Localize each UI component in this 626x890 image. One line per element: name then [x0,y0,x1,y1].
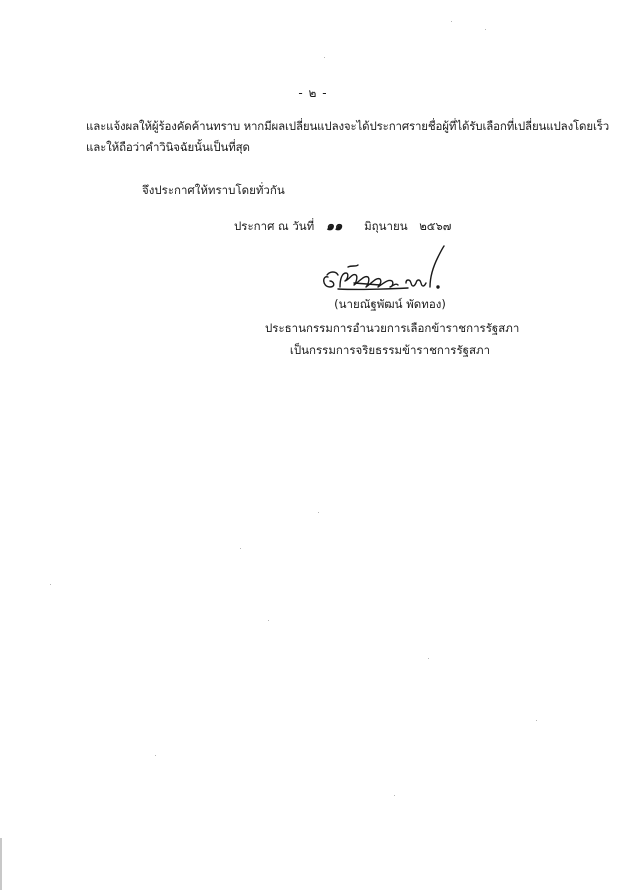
announcement-text: จึงประกาศให้ทราบโดยทั่วกัน [142,182,285,200]
scan-speck [240,548,241,549]
signer-name: (นายณัฐพัฒน์ พัดทอง) [300,296,480,314]
announcement-date: ประกาศ ณ วันที่ ๑๑ มิถุนายน ๒๕๖๗ [234,215,451,236]
scan-speck [536,720,537,721]
scan-speck [50,584,51,585]
scan-speck [324,57,325,58]
scan-speck [485,29,486,30]
date-year: ๒๕๖๗ [419,218,451,236]
scan-speck [318,512,319,513]
date-prefix: ประกาศ ณ วันที่ [234,218,314,236]
paragraph-line-2: และให้ถือว่าคำวินิจฉัยนั้นเป็นที่สุด [86,139,250,157]
paragraph-line-1: และแจ้งผลให้ผู้ร้องคัดค้านทราบ หากมีผลเป… [86,118,606,136]
handwritten-signature-icon [318,243,448,293]
document-page: - ๒ - และแจ้งผลให้ผู้ร้องคัดค้านทราบ หาก… [0,0,626,890]
scan-speck [428,658,429,659]
scan-speck [155,755,156,756]
date-month: มิถุนายน [364,218,407,236]
scan-edge-mark [0,838,2,890]
page-number: - ๒ - [0,84,626,103]
scan-speck [268,620,269,621]
scan-speck [451,21,452,22]
scan-speck [394,795,395,796]
signer-title-line-2: เป็นกรรมการจริยธรรมข้าราชการรัฐสภา [265,342,515,360]
date-day-handwritten: ๑๑ [326,215,343,236]
signer-title-line-1: ประธานกรรมการอำนวยการเลือกข้าราชการรัฐสภ… [265,320,515,338]
